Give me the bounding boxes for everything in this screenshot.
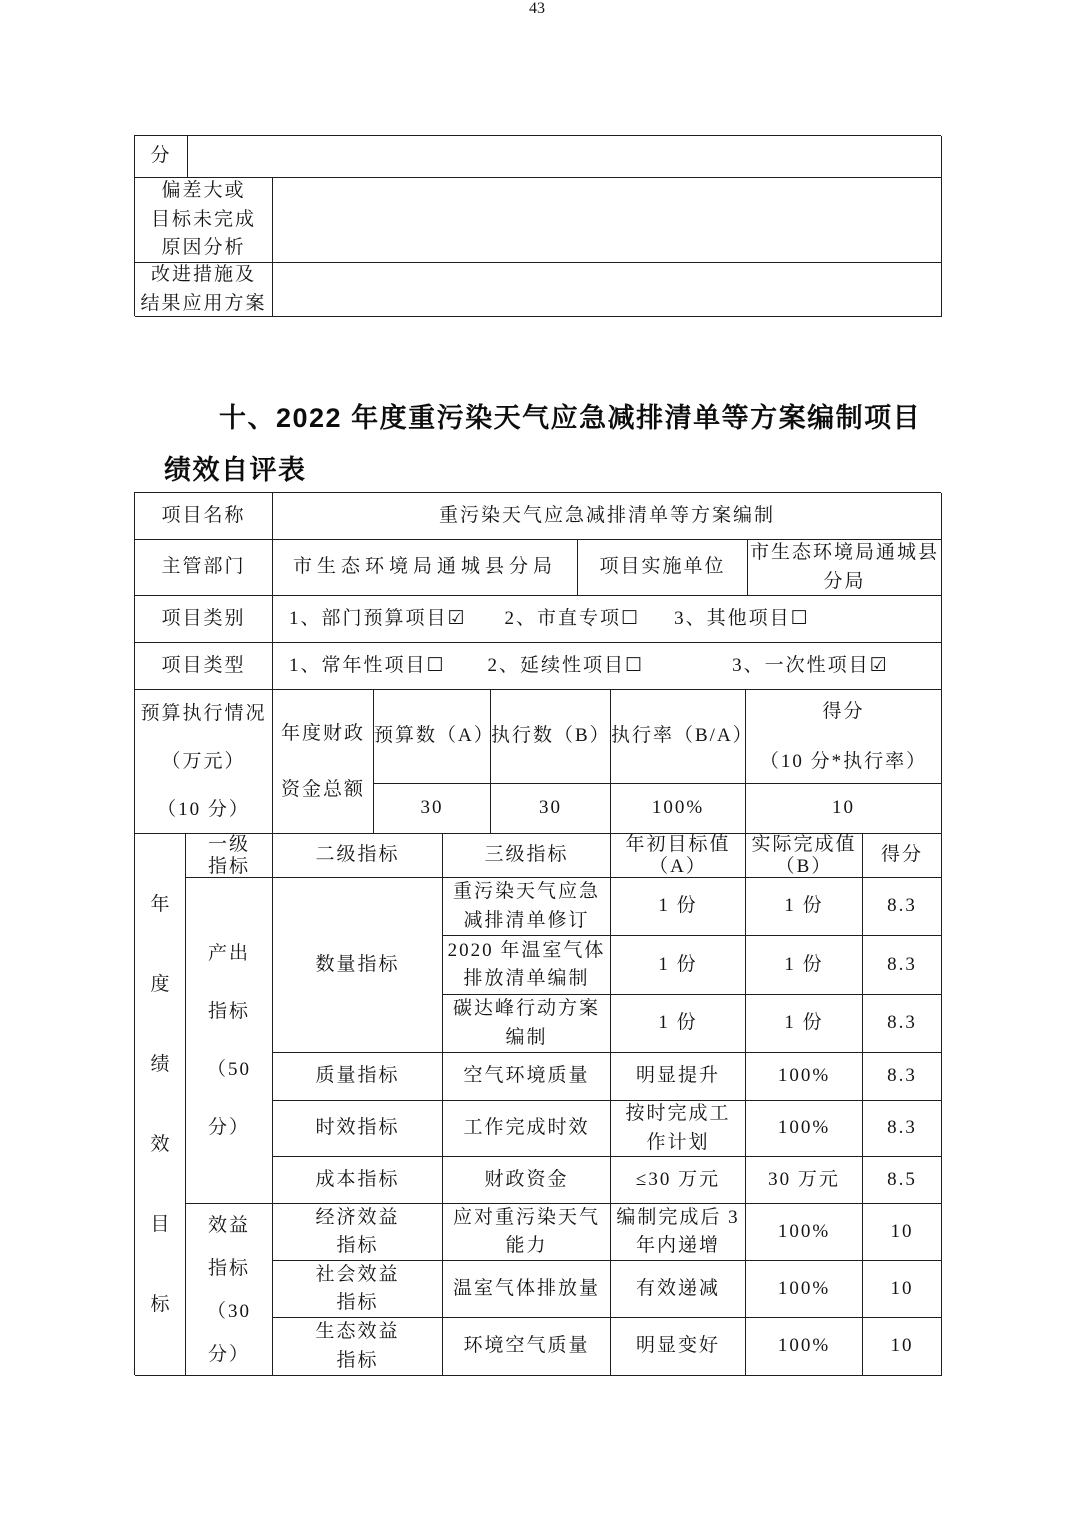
type-option-2: 2、延续性项目☐ (488, 652, 645, 681)
row3-actual: 1 份 (746, 995, 863, 1053)
row5-level3: 工作完成时效 (443, 1101, 611, 1157)
row8-level2: 社会效益 指标 (273, 1261, 443, 1318)
self-eval-table: 项目名称 重污染天气应急减排清单等方案编制 主管部门 市生态环境局通城县分局 项… (134, 492, 941, 1375)
row8-target: 有效递减 (611, 1261, 746, 1318)
category-option-3: 3、其他项目☐ (674, 605, 810, 634)
carryover-row1-label: 分 (135, 136, 188, 178)
page-number: 43 (0, 0, 1074, 18)
row5-level2: 时效指标 (273, 1101, 443, 1157)
row6-score: 8.5 (863, 1157, 942, 1204)
quantity-indicator-label: 数量指标 (273, 878, 443, 1053)
header-score: 得分 (863, 834, 942, 878)
budget-col3-header: 执行率（B/A） (611, 690, 746, 784)
row2-score: 8.3 (863, 936, 942, 995)
row2-actual: 1 份 (746, 936, 863, 995)
row1-level3: 重污染天气应急 减排清单修订 (443, 878, 611, 936)
row5-score: 8.3 (863, 1101, 942, 1157)
row1-actual: 1 份 (746, 878, 863, 936)
row5-target: 按时完成工 作计划 (611, 1101, 746, 1157)
carryover-row3-value (273, 263, 942, 317)
row3-level3: 碳达峰行动方案 编制 (443, 995, 611, 1053)
section-title-line2: 绩效自评表 (164, 448, 307, 487)
row8-score: 10 (863, 1261, 942, 1318)
implementer-value: 市生态环境局通城县 分局 (748, 540, 942, 596)
row8-level3: 温室气体排放量 (443, 1261, 611, 1318)
row3-target: 1 份 (611, 995, 746, 1053)
header-level2: 二级指标 (273, 834, 443, 878)
carryover-row1-value (188, 136, 942, 178)
row7-score: 10 (863, 1204, 942, 1261)
carryover-table: 分 偏差大或 目标未完成 原因分析 改进措施及 结果应用方案 (134, 135, 941, 316)
header-level1: 一级 指标 (186, 834, 273, 878)
row7-target: 编制完成后 3 年内递增 (611, 1204, 746, 1261)
header-target: 年初目标值 （A） (611, 834, 746, 878)
dept-value: 市生态环境局通城县分局 (273, 540, 578, 596)
dept-label: 主管部门 (135, 540, 273, 596)
type-option-3: 3、一次性项目☑ (732, 652, 889, 681)
header-actual: 实际完成值 （B） (746, 834, 863, 878)
row7-level3: 应对重污染天气 能力 (443, 1204, 611, 1261)
carryover-row3-label: 改进措施及 结果应用方案 (135, 263, 273, 317)
budget-score-value: 10 (746, 784, 942, 834)
row7-level2: 经济效益 指标 (273, 1204, 443, 1261)
row9-level2: 生态效益 指标 (273, 1318, 443, 1376)
row4-score: 8.3 (863, 1053, 942, 1101)
category-label: 项目类别 (135, 596, 273, 643)
budget-score-header: 得分 （10 分*执行率） (746, 690, 942, 784)
category-option-1: 1、部门预算项目☑ (289, 605, 467, 634)
row7-actual: 100% (746, 1204, 863, 1261)
project-name-label: 项目名称 (135, 493, 273, 540)
header-level3: 三级指标 (443, 834, 611, 878)
row9-actual: 100% (746, 1318, 863, 1376)
row6-level3: 财政资金 (443, 1157, 611, 1204)
budget-total-label: 年度财政 资金总额 (273, 690, 374, 834)
row4-level2: 质量指标 (273, 1053, 443, 1101)
row9-level3: 环境空气质量 (443, 1318, 611, 1376)
row2-target: 1 份 (611, 936, 746, 995)
group-output-label: 产出 指标 （50 分） (186, 878, 273, 1204)
type-options: 1、常年性项目☐ 2、延续性项目☐ 3、一次性项目☑ (273, 643, 942, 690)
type-label: 项目类型 (135, 643, 273, 690)
category-option-2: 2、市直专项☐ (505, 605, 641, 634)
row9-target: 明显变好 (611, 1318, 746, 1376)
row2-level3: 2020 年温室气体 排放清单编制 (443, 936, 611, 995)
row9-score: 10 (863, 1318, 942, 1376)
section-title-line1: 十、2022 年度重污染天气应急减排清单等方案编制项目 (219, 396, 921, 435)
row6-level2: 成本指标 (273, 1157, 443, 1204)
row1-score: 8.3 (863, 878, 942, 936)
category-options: 1、部门预算项目☑ 2、市直专项☐ 3、其他项目☐ (273, 596, 942, 643)
budget-section-label: 预算执行情况 （万元） （10 分） (135, 690, 273, 834)
document-page: { "page_number": "43", "carryover_table"… (0, 0, 1074, 1520)
budget-col2-header: 执行数（B） (491, 690, 611, 784)
row4-target: 明显提升 (611, 1053, 746, 1101)
budget-col1-value: 30 (374, 784, 491, 834)
group-benefit-label: 效益 指标 （30 分） (186, 1204, 273, 1376)
implementer-label: 项目实施单位 (578, 540, 748, 596)
project-name-value: 重污染天气应急减排清单等方案编制 (273, 493, 942, 540)
row5-actual: 100% (746, 1101, 863, 1157)
row1-target: 1 份 (611, 878, 746, 936)
row8-actual: 100% (746, 1261, 863, 1318)
budget-col2-value: 30 (491, 784, 611, 834)
annual-targets-side-label: 年 度 绩 效 目 标 (135, 834, 186, 1376)
row6-target: ≤30 万元 (611, 1157, 746, 1204)
carryover-row2-value (273, 178, 942, 263)
budget-col3-value: 100% (611, 784, 746, 834)
row4-actual: 100% (746, 1053, 863, 1101)
type-option-1: 1、常年性项目☐ (289, 652, 446, 681)
row6-actual: 30 万元 (746, 1157, 863, 1204)
carryover-row2-label: 偏差大或 目标未完成 原因分析 (135, 178, 273, 263)
budget-col1-header: 预算数（A） (374, 690, 491, 784)
row4-level3: 空气环境质量 (443, 1053, 611, 1101)
row3-score: 8.3 (863, 995, 942, 1053)
